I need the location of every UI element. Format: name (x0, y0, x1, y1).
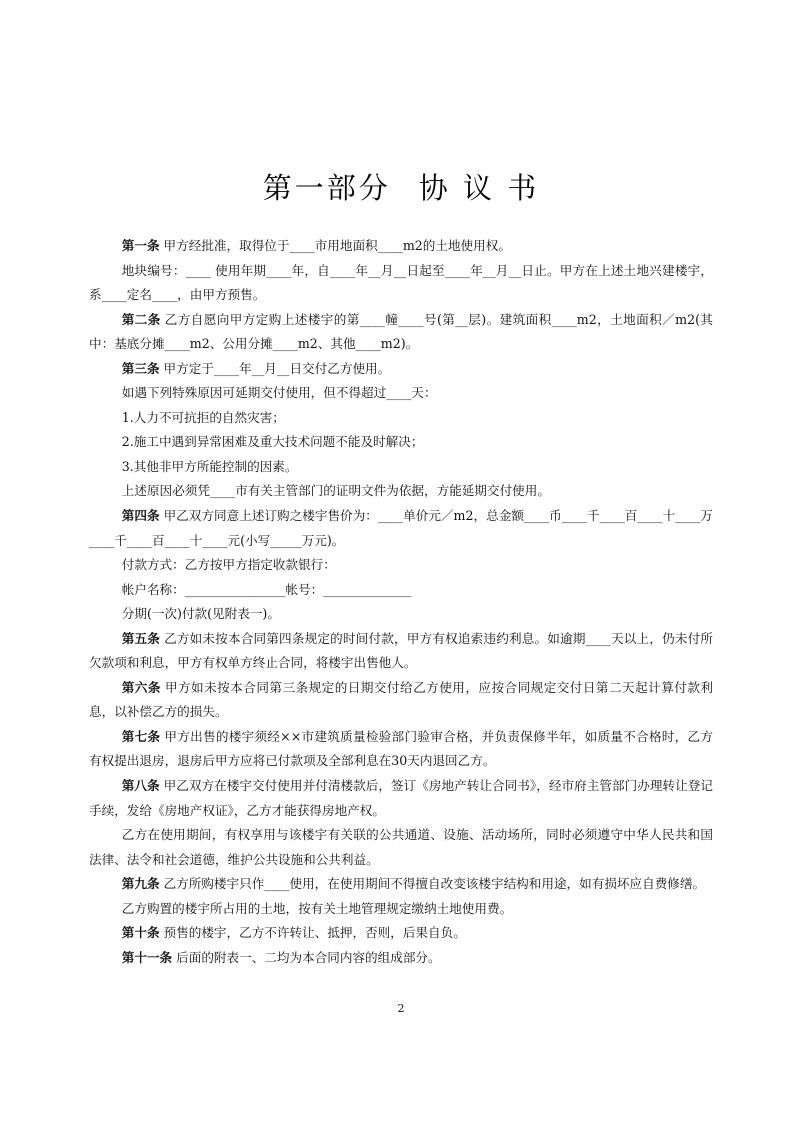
page-number: 2 (89, 1002, 713, 1015)
document-body: 第一条甲方经批准，取得位于____市用地面积____m2的土地使用权。 地块编号… (89, 234, 713, 970)
paragraph-article-2: 第二条乙方自愿向甲方定购上述楼宇的第____幢____号(第__层)。建筑面积_… (89, 308, 713, 357)
page-title: 第一部分协 议 书 (89, 166, 713, 207)
paragraph-article-7: 第七条甲方出售的楼宇须经××市建筑质量检验部门验审合格，并负责保修半年，如质量不… (89, 725, 713, 774)
paragraph: 付款方式：乙方按甲方指定收款银行： (89, 553, 713, 578)
title-part: 第一部分 (263, 171, 391, 205)
paragraph-article-5: 第五条乙方如未按本合同第四条规定的时间付款，甲方有权追索违约利息。如逾期____… (89, 627, 713, 676)
title-name: 协 议 书 (419, 171, 539, 205)
paragraph-article-10: 第十条预售的楼宇，乙方不许转让、抵押，否则，后果自负。 (89, 921, 713, 946)
paragraph: 地块编号：____ 使用年期____年，自____年__月__日起至____年_… (89, 259, 713, 308)
list-item: 1.人力不可抗拒的自然灾害； (89, 406, 713, 431)
list-item: 2.施工中遇到异常困难及重大技术问题不能及时解决； (89, 430, 713, 455)
paragraph: 如遇下列特殊原因可延期交付使用，但不得超过____天： (89, 381, 713, 406)
paragraph: 乙方购置的楼宇所占用的土地，按有关土地管理规定缴纳土地使用费。 (89, 897, 713, 922)
paragraph: 分期(一次)付款(见附表一)。 (89, 602, 713, 627)
paragraph-article-8: 第八条甲乙双方在楼宇交付使用并付清楼款后，签订《房地产转让合同书》，经市府主管部… (89, 774, 713, 823)
paragraph-article-4: 第四条甲乙双方同意上述订购之楼宇售价为：____单价元／m2，总金额____币_… (89, 504, 713, 553)
paragraph-article-3: 第三条甲方定于____年__月__日交付乙方使用。 (89, 357, 713, 382)
paragraph-article-9: 第九条乙方所购楼宇只作____使用，在使用期间不得擅自改变该楼宇结构和用途，如有… (89, 872, 713, 897)
paragraph: 帐户名称：________________帐号：______________ (89, 578, 713, 603)
paragraph: 乙方在使用期间，有权享用与该楼宇有关联的公共通道、设施、活动场所，同时必须遵守中… (89, 823, 713, 872)
list-item: 3.其他非甲方所能控制的因素。 (89, 455, 713, 480)
paragraph: 上述原因必须凭____市有关主管部门的证明文件为依据，方能延期交付使用。 (89, 479, 713, 504)
paragraph-article-6: 第六条甲方如未按本合同第三条规定的日期交付给乙方使用，应按合同规定交付日第二天起… (89, 676, 713, 725)
paragraph-article-11: 第十一条后面的附表一、二均为本合同内容的组成部分。 (89, 946, 713, 971)
paragraph-article-1: 第一条甲方经批准，取得位于____市用地面积____m2的土地使用权。 (89, 234, 713, 259)
